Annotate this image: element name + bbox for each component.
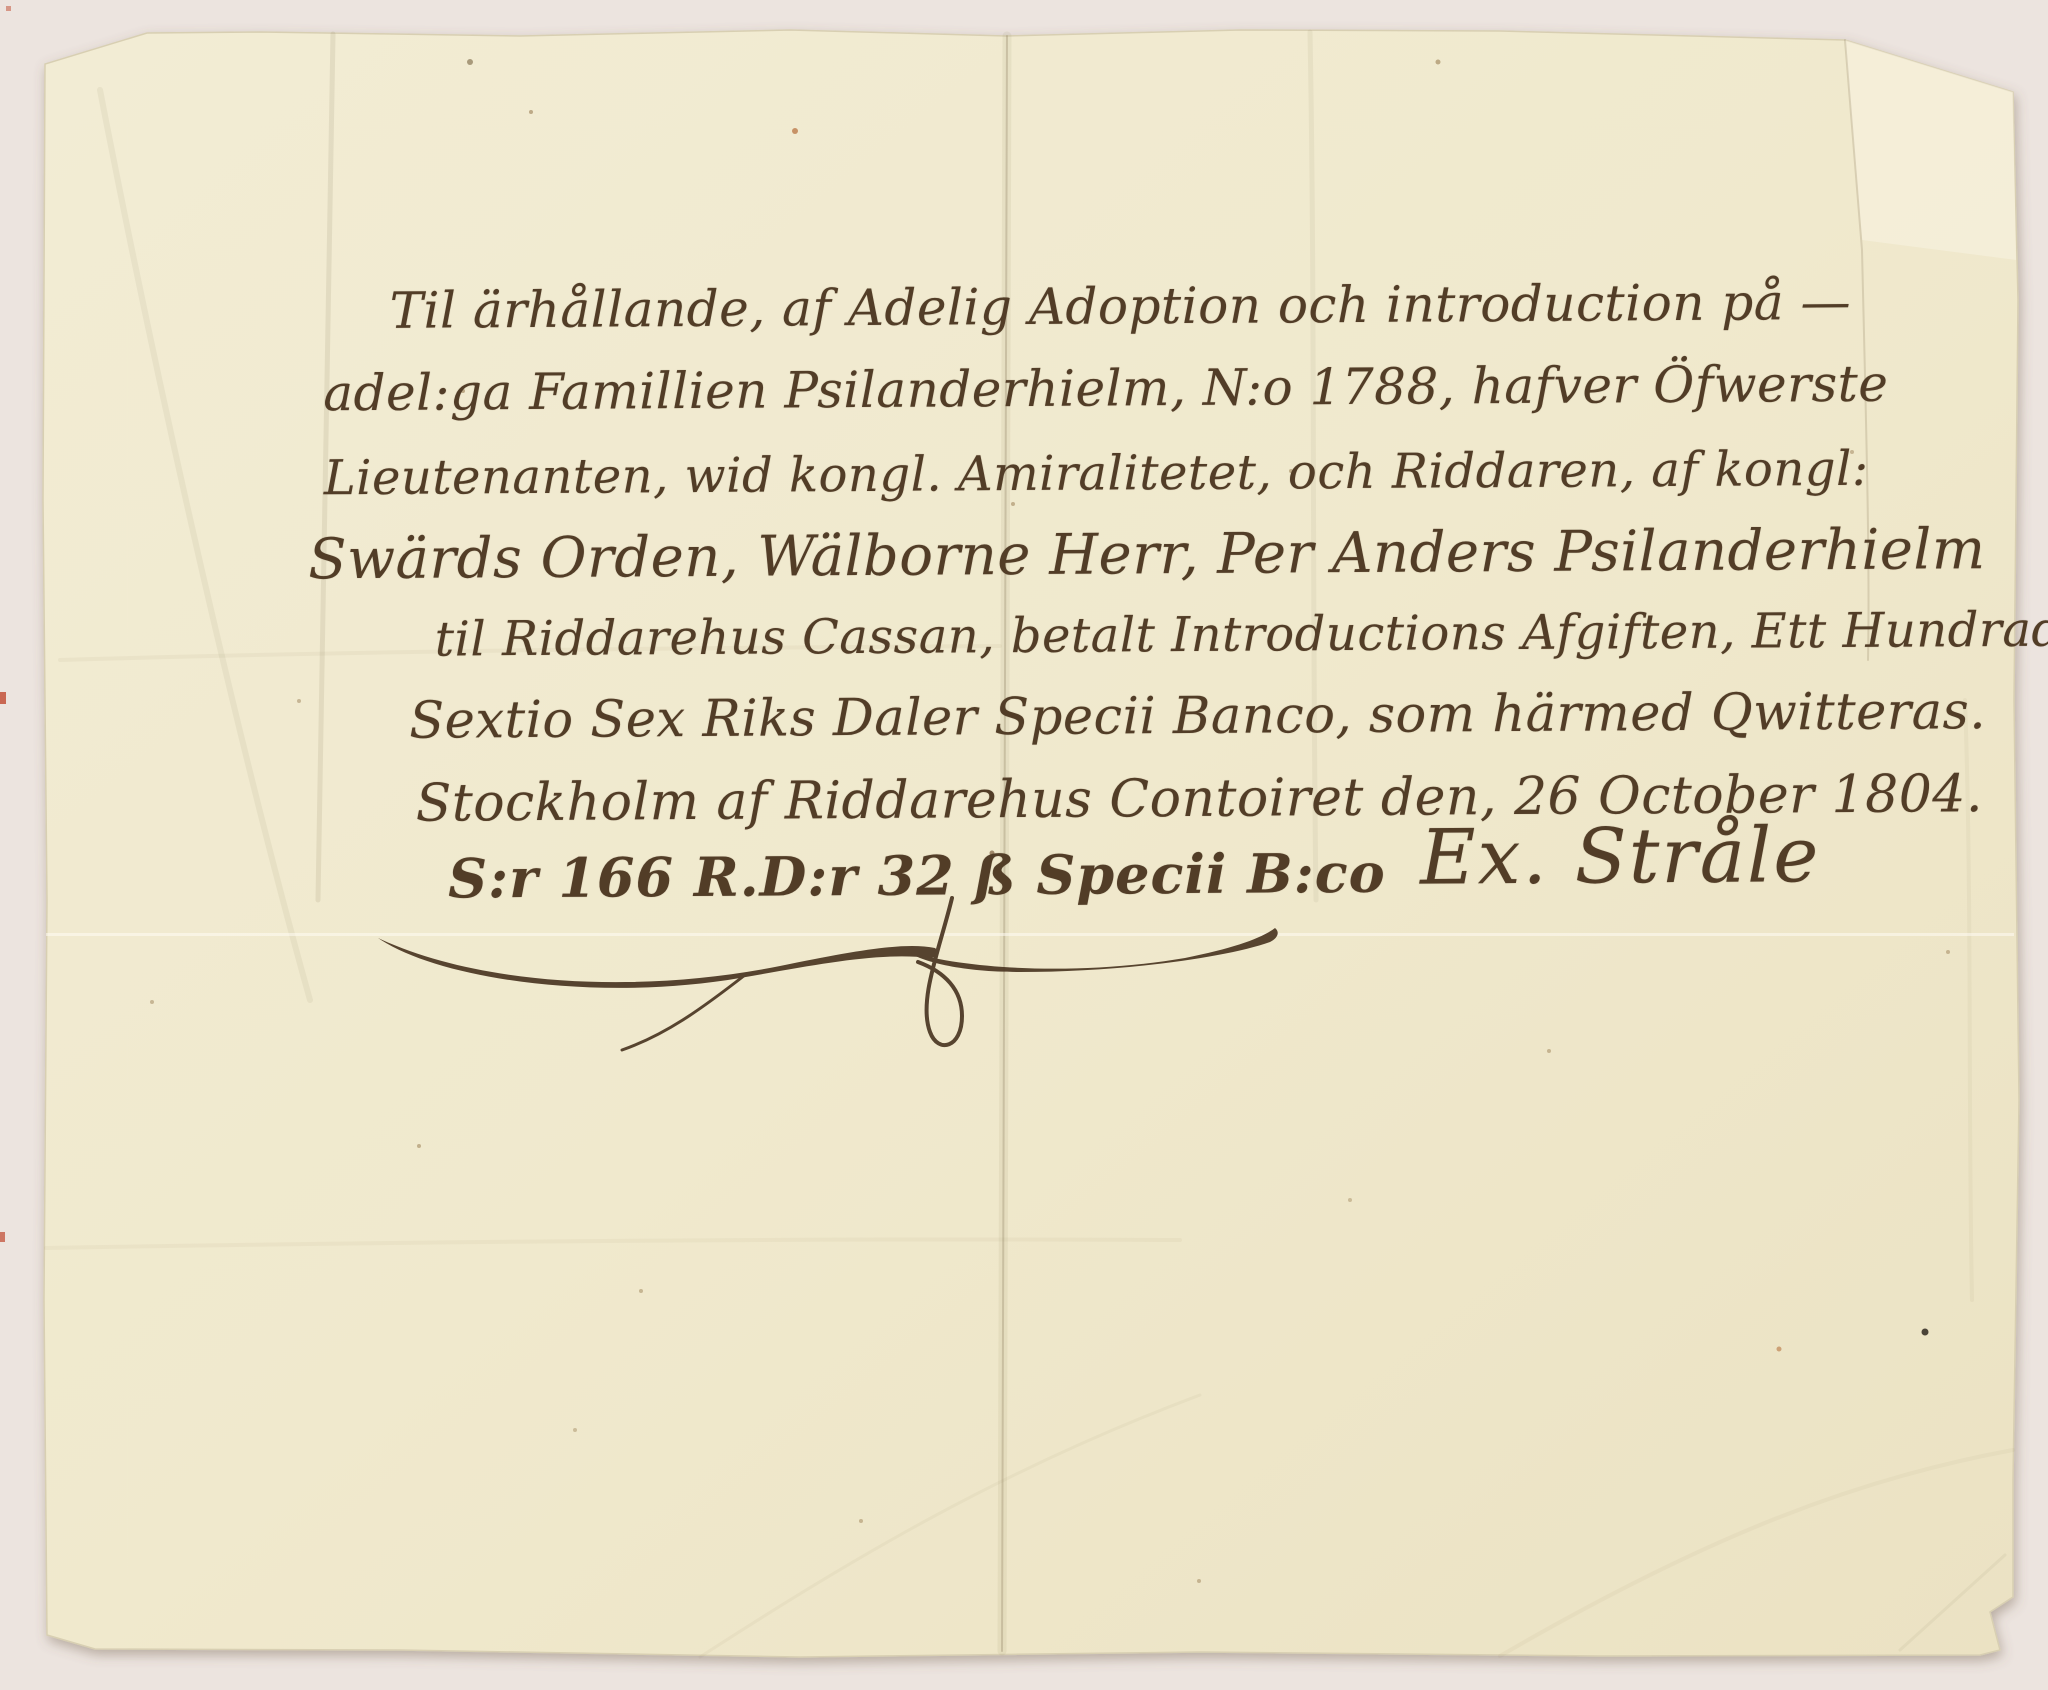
paper-outline [43, 30, 2019, 1657]
paper-sheet [0, 0, 2048, 1690]
scanned-receipt-document: Til ärhållande, af Adelig Adoption och i… [0, 0, 2048, 1690]
scan-edge-marks [0, 6, 11, 1242]
